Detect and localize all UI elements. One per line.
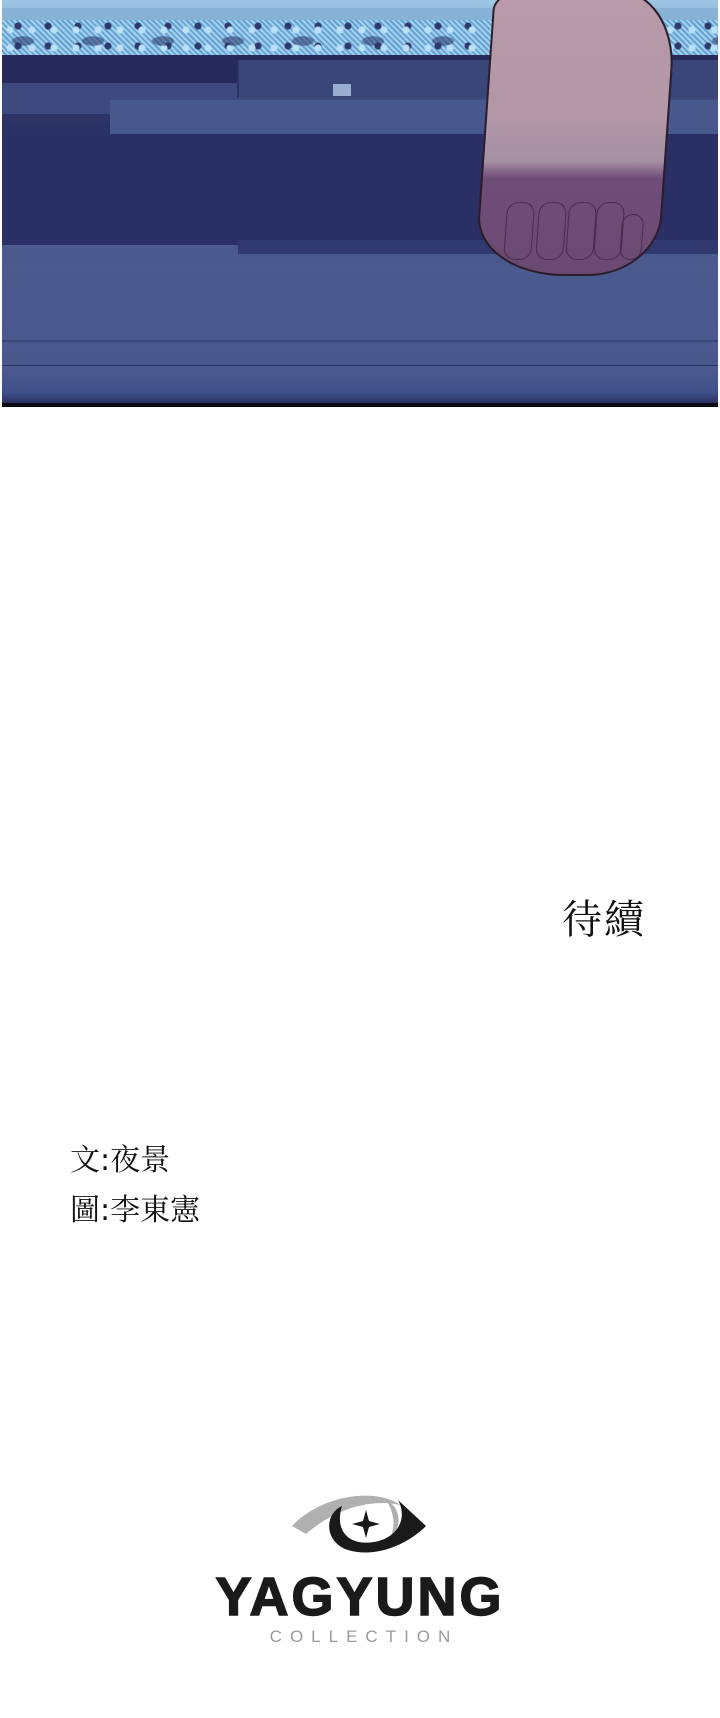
to-be-continued-text: 待續	[562, 888, 646, 945]
shadow	[2, 114, 110, 122]
toe	[565, 202, 597, 260]
brand-tagline: COLLECTION	[200, 1627, 520, 1647]
toe	[619, 214, 644, 260]
frame-light	[333, 84, 351, 96]
credit-writer: 文:夜景	[70, 1136, 200, 1186]
credit-artist: 圖:李東憲	[70, 1186, 200, 1236]
panel-border	[2, 403, 718, 407]
eye-icon	[290, 1488, 440, 1560]
credits: 文:夜景 圖:李東憲	[70, 1136, 200, 1236]
publisher-logo: YAGYUNG COLLECTION	[200, 1480, 520, 1660]
foot-illustration	[474, 0, 678, 276]
toe	[503, 202, 535, 260]
brand-name: YAGYUNG	[200, 1566, 520, 1628]
floor-bottom	[2, 366, 718, 403]
comic-panel	[2, 0, 718, 407]
toe	[535, 202, 567, 260]
floor-line	[2, 340, 718, 342]
